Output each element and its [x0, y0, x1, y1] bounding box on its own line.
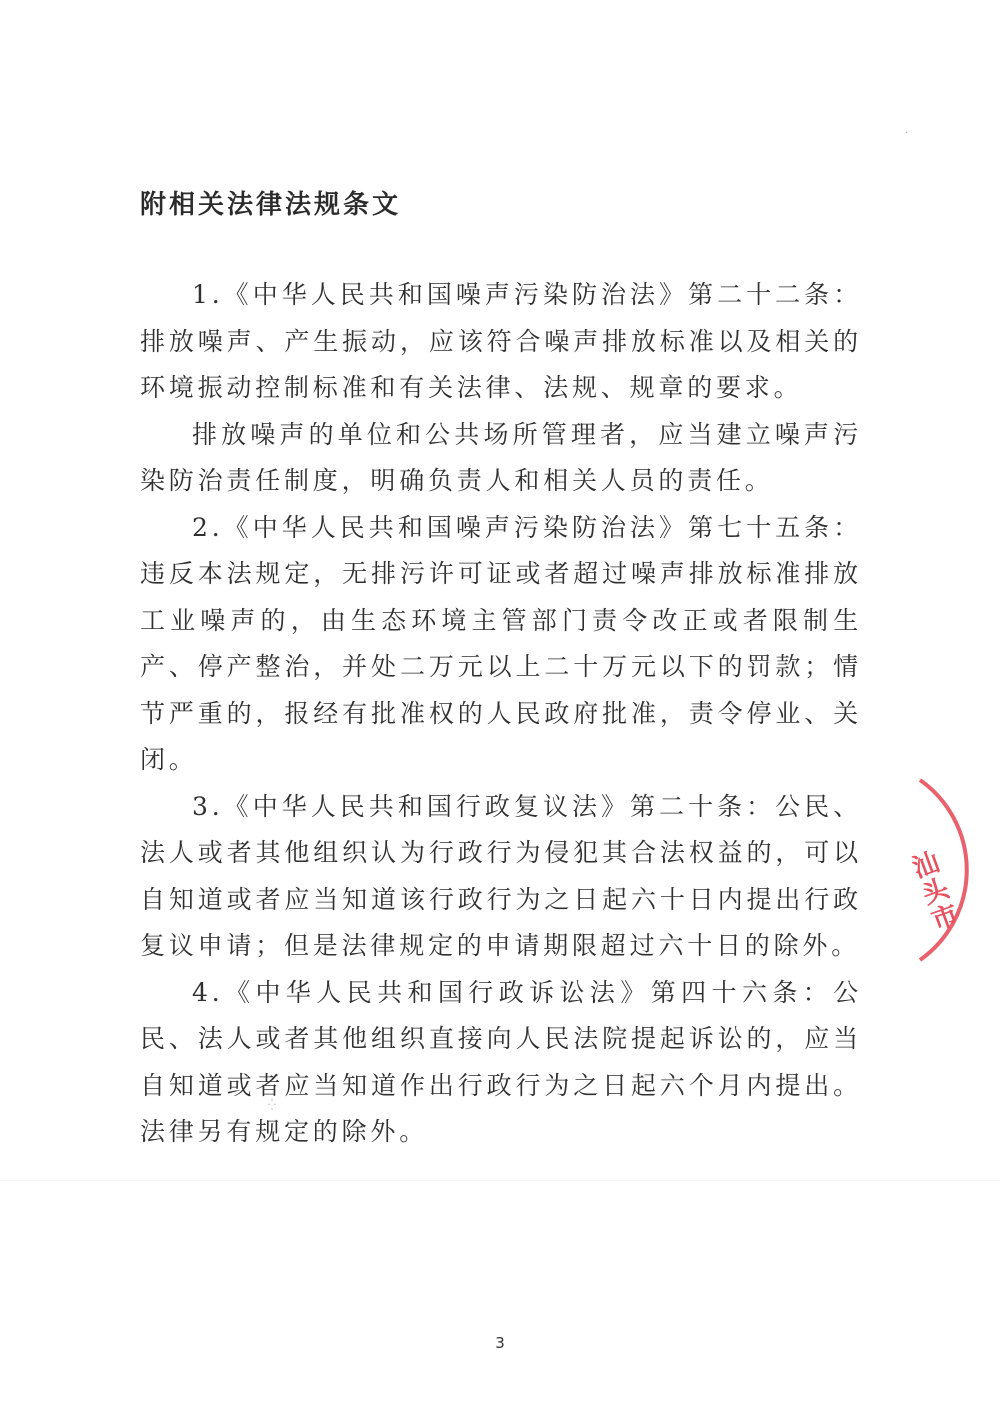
document-page: 附相关法律法规条文 1.《中华人民共和国噪声污染防治法》第二十二条：排放噪声、产… — [0, 0, 1000, 1414]
paragraph-1: 1.《中华人民共和国噪声污染防治法》第二十二条：排放噪声、产生振动，应该符合噪声… — [140, 272, 862, 412]
page-number: 3 — [0, 1334, 1000, 1352]
scan-speck: ⁛ — [268, 1100, 276, 1111]
scan-artifact-line — [0, 1180, 1000, 1181]
paragraph-4: 3.《中华人民共和国行政复议法》第二十条：公民、法人或者其他组织认为行政行为侵犯… — [140, 784, 862, 970]
document-body: 1.《中华人民共和国噪声污染防治法》第二十二条：排放噪声、产生振动，应该符合噪声… — [140, 272, 862, 1156]
paragraph-3: 2.《中华人民共和国噪声污染防治法》第七十五条：违反本法规定，无排污许可证或者超… — [140, 505, 862, 784]
paragraph-2: 排放噪声的单位和公共场所管理者，应当建立噪声污染防治责任制度，明确负责人和相关人… — [140, 412, 862, 505]
scan-speck: · — [905, 128, 908, 139]
document-heading: 附相关法律法规条文 — [140, 184, 401, 221]
paragraph-5: 4.《中华人民共和国行政诉讼法》第四十六条：公民、法人或者其他组织直接向人民法院… — [140, 970, 862, 1156]
